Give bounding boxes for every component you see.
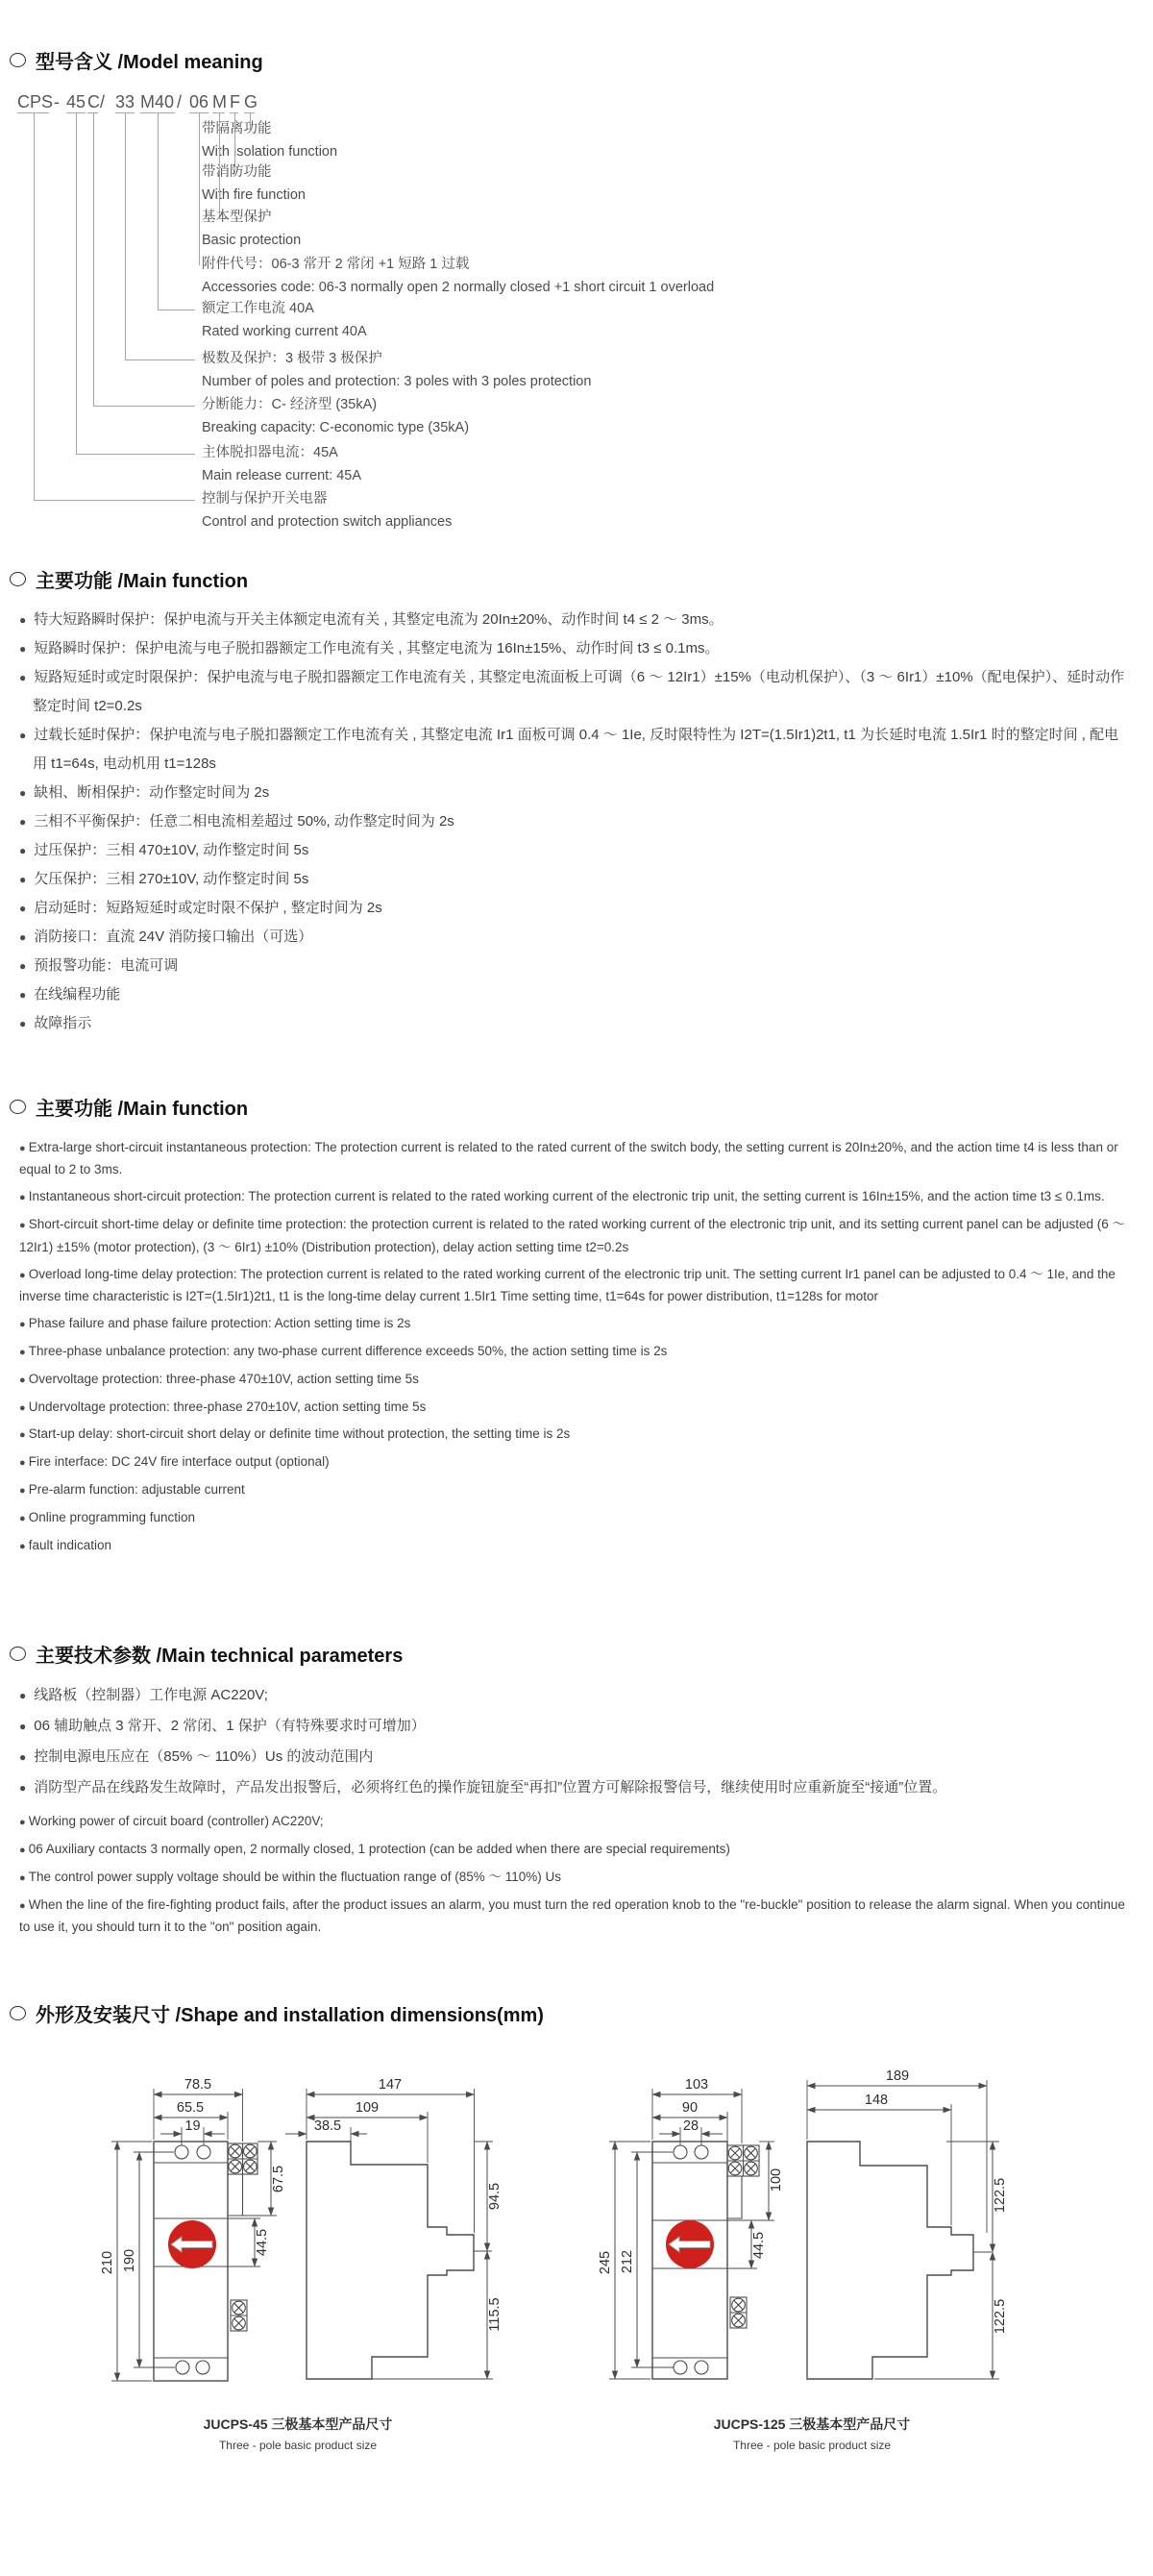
mounting-hole (196, 2361, 209, 2374)
dim-label: 122.5 (993, 2299, 1008, 2334)
ladder-line (158, 310, 195, 310)
ladder-line (34, 500, 196, 501)
dim-label: 103 (685, 2077, 708, 2093)
model-label: 额定工作电流 40ARated working current 40A (202, 302, 367, 339)
list-item: 在线编程功能 (19, 980, 1129, 1009)
ladder-line (158, 112, 159, 310)
ladder-line (34, 112, 35, 500)
list-item: 启动延时：短路短延时或定时限不保护 , 整定时间为 2s (19, 894, 1129, 923)
section-title-main-function-zh: 主要功能 /Main function (10, 565, 248, 593)
jucps125-side-view (807, 2142, 992, 2379)
dim-label: 189 (886, 2068, 909, 2084)
dim-label: 115.5 (487, 2297, 503, 2331)
parameters-zh-list: 线路板（控制器）工作电源 AC220V;06 辅助触点 3 常开、2 常闭、1 … (19, 1680, 1129, 1803)
model-code-token: G (244, 92, 258, 112)
mounting-hole (674, 2361, 687, 2374)
list-item: 过载长延时保护：保护电流与电子脱扣器额定工作电流有关 , 其整定电流 Ir1 面… (19, 721, 1129, 779)
list-item: 线路板（控制器）工作电源 AC220V; (19, 1680, 1129, 1711)
model-code-token: / (177, 92, 182, 112)
dim-label: 28 (683, 2118, 699, 2134)
list-item: Overvoltage protection: three-phase 470±… (19, 1369, 1136, 1391)
list-item: 预报警功能：电流可调 (19, 952, 1129, 980)
jucps125-front-view (652, 2142, 759, 2379)
model-code-token: F (230, 92, 240, 112)
model-code-token: 33 (115, 92, 135, 112)
jucps125-side-dimensions: 189 148 122.5 122.5 (807, 2068, 1008, 2379)
jucps45-side-view (307, 2142, 492, 2379)
model-label-en: With isolation function (202, 145, 337, 160)
dim-label: 147 (379, 2077, 402, 2093)
screw-terminal-icon (244, 2144, 258, 2158)
mounting-hole (197, 2145, 210, 2159)
list-item: 特大短路瞬时保护：保护电流与开关主体额定电流有关 , 其整定电流为 20In±2… (19, 606, 1129, 634)
model-label-zh: 基本型保护 (202, 211, 301, 225)
dim-label: 44.5 (255, 2229, 270, 2256)
model-label: 附件代号：06-3 常开 2 常闭 +1 短路 1 过载Accessories … (202, 258, 714, 295)
list-item: Short-circuit short-time delay or defini… (19, 1214, 1136, 1258)
list-item: 过压保护：三相 470±10V, 动作整定时间 5s (19, 836, 1129, 865)
jucps45-caption: JUCPS-45 三极基本型产品尺寸 Three - pole basic pr… (106, 2415, 490, 2452)
ladder-line (125, 359, 195, 360)
list-item: 短路短延时或定时限保护：保护电流与电子脱扣器额定工作电流有关 , 其整定电流面板… (19, 663, 1129, 721)
model-label-zh: 分断能力：C- 经济型 (35kA) (202, 398, 469, 412)
list-item: 故障指示 (19, 1009, 1129, 1038)
screw-terminal-icon (229, 2144, 242, 2158)
jucps45-drawing: 78.5 65.5 19 210 190 67.5 44.5 (58, 2057, 596, 2403)
ladder-line (93, 112, 94, 406)
jucps45-front-view (154, 2142, 258, 2381)
ladder-line (76, 454, 195, 455)
ladder-line (76, 112, 77, 454)
screw-terminal-icon (745, 2146, 758, 2160)
list-item: 三相不平衡保护：任意二相电流相差超过 50%, 动作整定时间为 2s (19, 807, 1129, 836)
model-label-zh: 附件代号：06-3 常开 2 常闭 +1 短路 1 过载 (202, 258, 714, 272)
ladder-line (199, 112, 200, 265)
model-label-zh: 额定工作电流 40A (202, 302, 367, 316)
list-item: Fire interface: DC 24V fire interface ou… (19, 1451, 1136, 1474)
dim-label: 100 (769, 2168, 784, 2192)
model-code-token: - (54, 92, 60, 112)
mounting-hole (695, 2361, 708, 2374)
parameters-en-list: Working power of circuit board (controll… (19, 1811, 1136, 1944)
model-label-en: Control and protection switch appliances (202, 515, 452, 530)
section-title-text: 主要技术参数 /Main technical parameters (36, 1640, 403, 1668)
dim-label: 67.5 (271, 2166, 286, 2192)
dim-label: 122.5 (993, 2178, 1008, 2213)
list-item: fault indication (19, 1535, 1136, 1557)
list-item: Instantaneous short-circuit protection: … (19, 1186, 1136, 1208)
model-label-zh: 带隔离功能 (202, 122, 337, 136)
model-label: 带隔离功能With isolation function (202, 122, 337, 160)
jucps125-drawing: 103 90 28 245 212 100 44.5 (576, 2057, 1095, 2403)
ladder-line (125, 112, 126, 359)
list-item: 消防接口：直流 24V 消防接口输出（可选） (19, 923, 1129, 952)
model-label-en: Main release current: 45A (202, 469, 361, 483)
list-item: 欠压保护：三相 270±10V, 动作整定时间 5s (19, 865, 1129, 894)
section-marker-icon (10, 2006, 26, 2020)
model-code-token: CPS (17, 92, 53, 112)
jucps125-caption: JUCPS-125 三极基本型产品尺寸 Three - pole basic p… (620, 2415, 1004, 2452)
section-title-parameters: 主要技术参数 /Main technical parameters (10, 1640, 403, 1668)
list-item: Start-up delay: short-circuit short dela… (19, 1424, 1136, 1446)
dim-label: 148 (865, 2093, 888, 2108)
dim-label: 38.5 (314, 2118, 341, 2134)
dim-label: 210 (100, 2251, 115, 2274)
screw-terminal-icon (728, 2162, 742, 2175)
model-label-zh: 带消防功能 (202, 165, 306, 180)
model-code-token: M40 (140, 92, 174, 112)
list-item: Three-phase unbalance protection: any tw… (19, 1341, 1136, 1363)
model-label-zh: 主体脱扣器电流：45A (202, 446, 361, 460)
model-label-zh: 控制与保护开关电器 (202, 492, 452, 507)
dim-label: 94.5 (487, 2183, 503, 2210)
screw-terminal-icon (233, 2316, 246, 2330)
model-label-en: With fire function (202, 188, 306, 203)
datasheet-page: 型号含义 /Model meaning CPS-45C/33M40/06MFG带… (0, 0, 1153, 2576)
model-code-token: / (100, 92, 105, 112)
section-title-text: 主要功能 /Main function (36, 1093, 248, 1121)
section-marker-icon (10, 1647, 26, 1661)
list-item: Pre-alarm function: adjustable current (19, 1479, 1136, 1501)
jucps45-side-dimensions: 147 109 38.5 94.5 115.5 (285, 2077, 503, 2379)
dim-label: 78.5 (184, 2077, 211, 2093)
model-label-en: Breaking capacity: C-economic type (35kA… (202, 421, 469, 435)
caption-en: Three - pole basic product size (620, 2439, 1004, 2452)
dim-label: 109 (356, 2100, 379, 2116)
list-item: When the line of the fire-fighting produ… (19, 1895, 1136, 1939)
section-title-main-function-en: 主要功能 /Main function (10, 1093, 248, 1121)
list-item: Phase failure and phase failure protecti… (19, 1313, 1136, 1335)
section-marker-icon (10, 1100, 26, 1114)
model-label: 极数及保护：3 极带 3 极保护Number of poles and prot… (202, 352, 591, 389)
list-item: Online programming function (19, 1507, 1136, 1529)
list-item: Working power of circuit board (controll… (19, 1811, 1136, 1833)
section-title-text: 外形及安装尺寸 /Shape and installation dimensio… (36, 1999, 544, 2027)
list-item: 消防型产品在线路发生故障时，产品发出报警后，必须将红色的操作旋钮旋至“再扣”位置… (19, 1772, 1129, 1803)
section-title-text: 主要功能 /Main function (36, 565, 248, 593)
model-label-en: Number of poles and protection: 3 poles … (202, 375, 591, 389)
ladder-line (93, 406, 196, 407)
screw-terminal-icon (732, 2298, 746, 2312)
screw-terminal-icon (728, 2146, 742, 2160)
screw-terminal-icon (233, 2301, 246, 2315)
model-code-diagram: CPS-45C/33M40/06MFG带隔离功能With isolation f… (0, 0, 1153, 543)
dim-label: 65.5 (177, 2100, 204, 2116)
list-item: Overload long-time delay protection: The… (19, 1264, 1136, 1308)
mounting-hole (674, 2145, 687, 2159)
list-item: 控制电源电压应在（85% ～ 110%）Us 的波动范围内 (19, 1742, 1129, 1772)
mounting-hole (176, 2361, 189, 2374)
section-marker-icon (10, 572, 26, 586)
model-label: 基本型保护Basic protection (202, 211, 301, 248)
list-item: 06 辅助触点 3 常开、2 常闭、1 保护（有特殊要求时可增加） (19, 1711, 1129, 1742)
caption-en: Three - pole basic product size (106, 2439, 490, 2452)
model-label: 控制与保护开关电器Control and protection switch a… (202, 492, 452, 530)
screw-terminal-icon (229, 2160, 242, 2173)
list-item: 06 Auxiliary contacts 3 normally open, 2… (19, 1839, 1136, 1861)
list-item: 短路瞬时保护：保护电流与电子脱扣器额定工作电流有关 , 其整定电流为 16In±… (19, 634, 1129, 663)
dim-label: 190 (122, 2249, 137, 2272)
section-title-dimensions: 外形及安装尺寸 /Shape and installation dimensio… (10, 1999, 544, 2027)
dim-label: 44.5 (751, 2232, 767, 2259)
caption-zh: JUCPS-125 三极基本型产品尺寸 (620, 2415, 1004, 2434)
model-label: 主体脱扣器电流：45AMain release current: 45A (202, 446, 361, 483)
mounting-hole (695, 2145, 708, 2159)
mounting-hole (175, 2145, 188, 2159)
model-label-en: Accessories code: 06-3 normally open 2 n… (202, 281, 714, 295)
screw-terminal-icon (732, 2314, 746, 2327)
caption-zh: JUCPS-45 三极基本型产品尺寸 (106, 2415, 490, 2434)
list-item: The control power supply voltage should … (19, 1867, 1136, 1889)
model-label-zh: 极数及保护：3 极带 3 极保护 (202, 352, 591, 366)
dim-label: 19 (184, 2118, 200, 2134)
model-label: 带消防功能With fire function (202, 165, 306, 203)
model-code-token: 06 (189, 92, 209, 112)
list-item: Extra-large short-circuit instantaneous … (19, 1137, 1136, 1181)
model-code-token: M (212, 92, 227, 112)
model-label: 分断能力：C- 经济型 (35kA)Breaking capacity: C-e… (202, 398, 469, 435)
ladder-line (219, 112, 220, 218)
list-item: 缺相、断相保护：动作整定时间为 2s (19, 779, 1129, 807)
main-function-en-list: Extra-large short-circuit instantaneous … (19, 1137, 1136, 1563)
list-item: Undervoltage protection: three-phase 270… (19, 1397, 1136, 1419)
screw-terminal-icon (244, 2160, 258, 2173)
model-label-en: Basic protection (202, 234, 301, 248)
model-code-token: 45 (66, 92, 86, 112)
model-code-token: C (87, 92, 100, 112)
model-label-en: Rated working current 40A (202, 325, 367, 339)
dim-label: 212 (620, 2250, 635, 2273)
dim-label: 245 (598, 2251, 613, 2274)
screw-terminal-icon (745, 2162, 758, 2175)
dim-label: 90 (682, 2100, 698, 2116)
main-function-zh-list: 特大短路瞬时保护：保护电流与开关主体额定电流有关 , 其整定电流为 20In±2… (19, 606, 1129, 1038)
